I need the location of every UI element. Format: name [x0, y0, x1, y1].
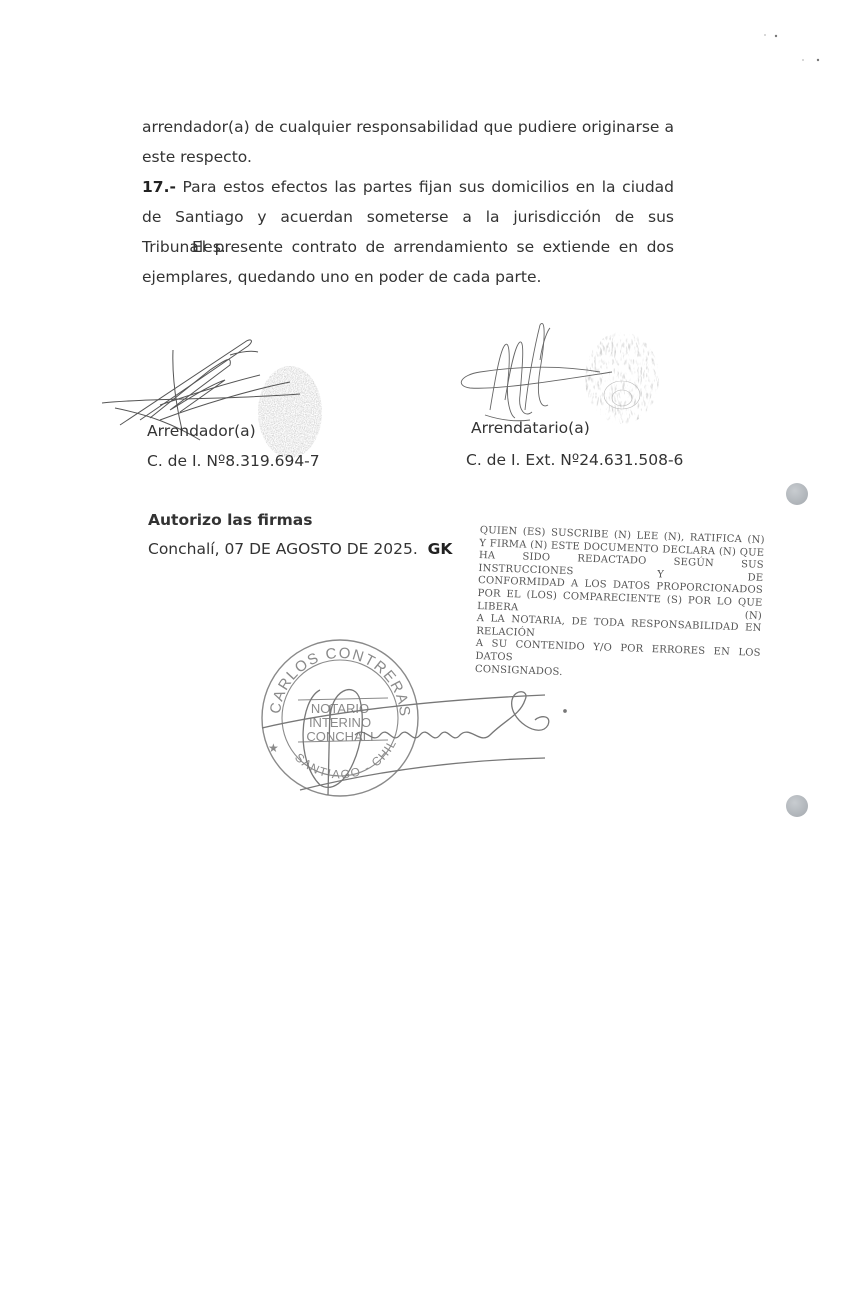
hole-punch-icon: [786, 483, 808, 505]
notary-initials: GK: [428, 540, 453, 558]
signature-role-tenant: Arrendatario(a): [471, 419, 590, 437]
svg-text:SANTIAGO - CHILE: SANTIAGO - CHILE: [0, 0, 399, 782]
notary-notice: QUIEN (ES) SUSCRIBE (N) LEE (N), RATIFIC…: [475, 525, 765, 686]
svg-text:★: ★: [268, 741, 279, 755]
svg-text:CONCHALI: CONCHALI: [306, 729, 373, 744]
signature-role-landlord: Arrendador(a): [147, 422, 256, 440]
hole-punch-icon: [786, 795, 808, 817]
authorization-title: Autorizo las firmas: [148, 511, 312, 529]
signature-id-landlord: C. de I. Nº8.319.694-7: [147, 452, 320, 470]
fingerprint-right-icon: [585, 332, 659, 424]
fingerprint-left-icon: [258, 366, 322, 458]
authorization-place-date: Conchalí, 07 DE AGOSTO DE 2025. GK: [148, 540, 452, 558]
svg-text:CARLOS CONTRERAS FUENTES: CARLOS CONTRERAS FUENTES: [0, 0, 413, 718]
scan-specks: [764, 34, 819, 61]
signature-id-tenant: C. de I. Ext. Nº24.631.508-6: [466, 451, 683, 469]
place-date-text: Conchalí, 07 DE AGOSTO DE 2025.: [148, 540, 418, 558]
